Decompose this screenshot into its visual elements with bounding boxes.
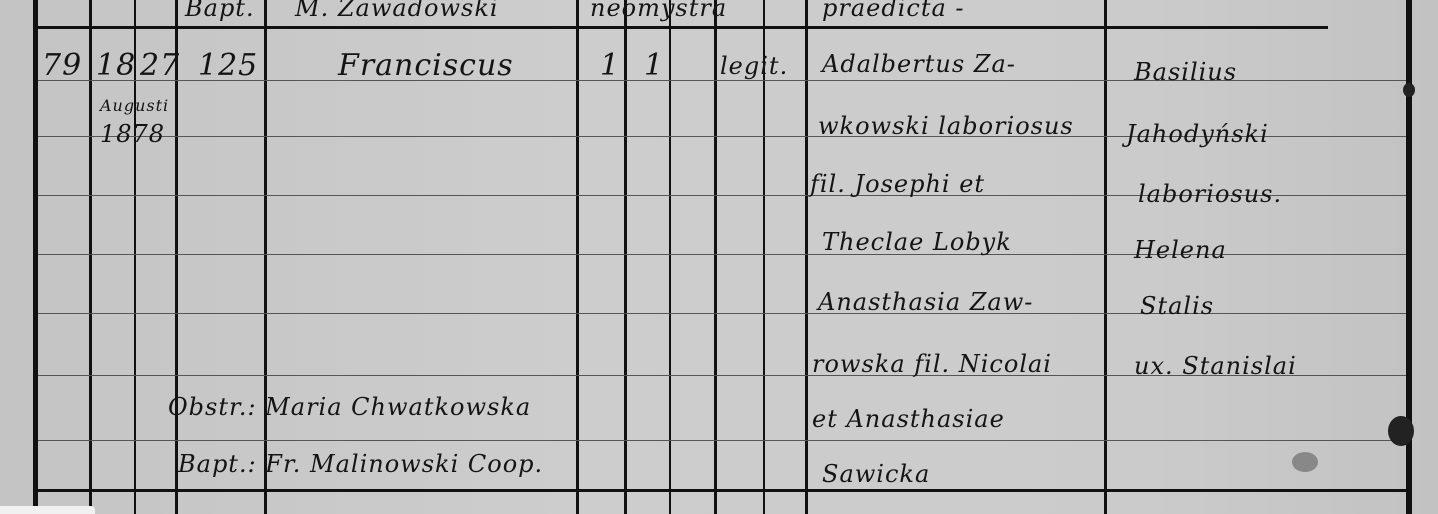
binding-thread-mark	[1403, 83, 1415, 97]
baptism-day: 27	[140, 48, 180, 83]
legitimacy: legit.	[720, 52, 788, 80]
sex-male: 1	[600, 48, 620, 83]
baptizer-line: Bapt.: Fr. Malinowski Coop.	[178, 450, 543, 478]
column-rule	[89, 0, 92, 514]
entry-number: 79	[42, 48, 82, 83]
parents-line: Theclae Lobyk	[822, 228, 1012, 256]
column-rule	[576, 0, 579, 514]
parents-line: wkowski laboriosus	[818, 112, 1074, 140]
godparents-line: Jahodyński	[1126, 120, 1269, 148]
birth-day: 18	[96, 48, 136, 83]
prev-note: neomystra	[590, 0, 727, 22]
godparents-line: ux. Stanislai	[1134, 352, 1297, 380]
column-rule	[1104, 0, 1107, 514]
prev-baptizer-name: M. Zawadowski	[295, 0, 499, 22]
column-rule	[805, 0, 808, 514]
godparents-line: laboriosus.	[1138, 180, 1282, 208]
sex-count: 1	[644, 48, 664, 83]
godparents-line: Basilius	[1134, 58, 1237, 86]
column-rule	[714, 0, 717, 514]
godparents-line: Helena	[1134, 236, 1227, 264]
prev-baptizer-label: Bapt.	[185, 0, 255, 22]
midwife-line: Obstr.: Maria Chwatkowska	[168, 393, 531, 421]
page-corner-tab	[0, 506, 95, 514]
month: Augusti	[100, 96, 169, 115]
parents-line: rowska fil. Nicolai	[812, 350, 1052, 378]
column-rule	[264, 0, 267, 514]
year: 1878	[100, 120, 165, 148]
row-separator	[38, 489, 1408, 492]
column-rule	[33, 0, 38, 514]
ink-smudge	[1292, 452, 1318, 472]
parents-line: Adalbertus Za-	[822, 50, 1016, 78]
register-page: Bapt. M. Zawadowski neomystra praedicta …	[0, 0, 1438, 514]
binding-thread-mark	[1388, 416, 1414, 446]
house-number: 125	[198, 48, 258, 83]
parents-line: Anasthasia Zaw-	[818, 288, 1033, 316]
godparents-line: Stalis	[1140, 292, 1214, 320]
child-name: Franciscus	[338, 48, 514, 83]
parents-line: fil. Josephi et	[810, 170, 985, 198]
ruled-line	[38, 440, 1406, 441]
parents-line: Sawicka	[822, 460, 930, 488]
column-rule	[669, 0, 671, 514]
column-rule	[624, 0, 627, 514]
parents-line: et Anasthasiae	[812, 405, 1005, 433]
row-separator	[38, 26, 1328, 29]
prev-parents-tail: praedicta -	[822, 0, 965, 22]
